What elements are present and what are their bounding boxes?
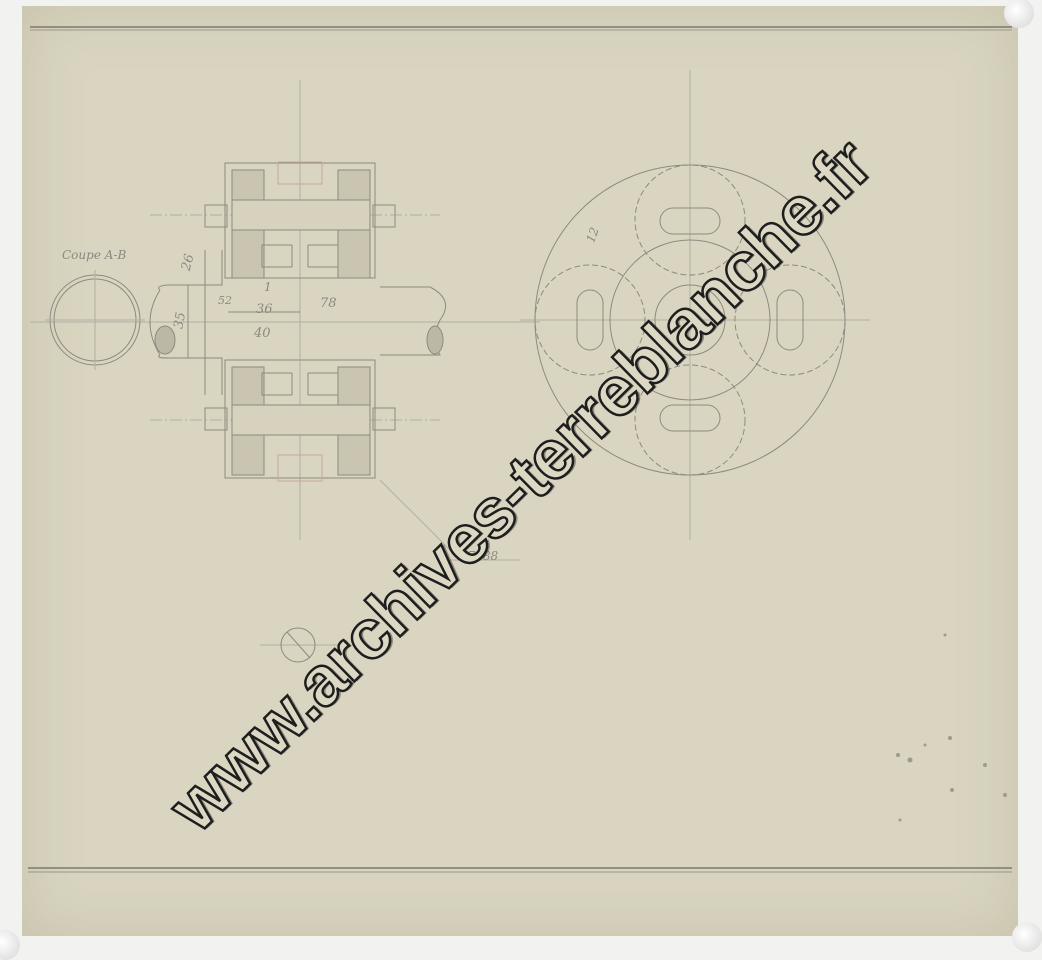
dimension-78: 78: [320, 296, 337, 311]
dimension-36: 36: [256, 302, 273, 317]
dimension-40: 40: [254, 326, 271, 341]
dimension-1: 1: [264, 280, 272, 294]
dimension-35: 35: [171, 311, 189, 330]
section-label: Coupe A-B: [62, 248, 126, 262]
dimension-52: 52: [218, 294, 232, 307]
